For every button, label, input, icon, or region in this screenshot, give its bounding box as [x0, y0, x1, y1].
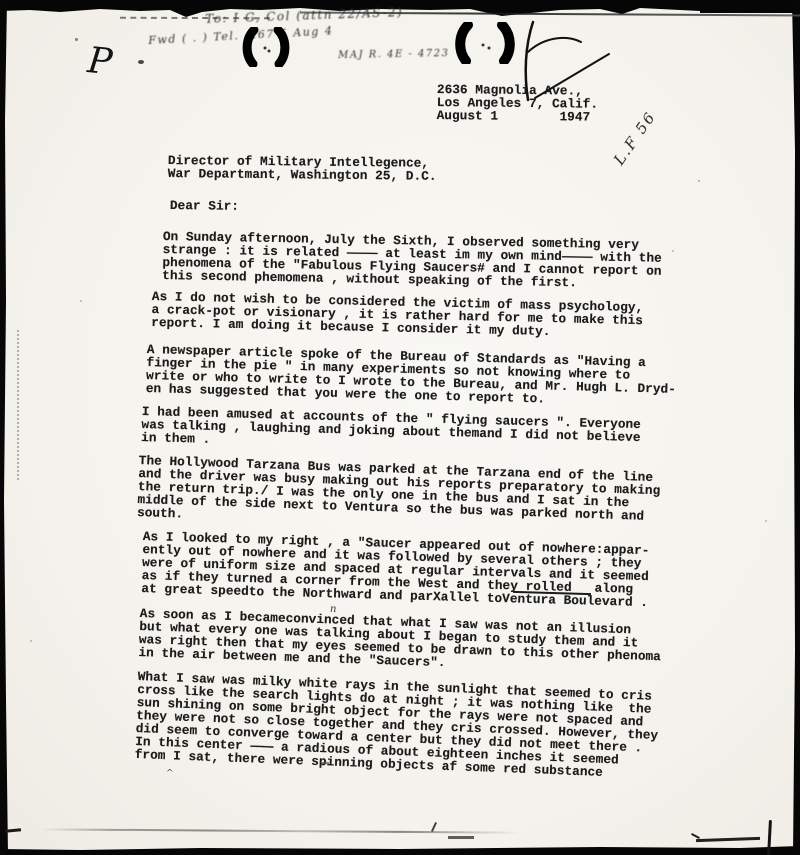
- pen-stroke-horizontal: [696, 837, 760, 842]
- ink-speck: [698, 180, 700, 182]
- pen-stroke-hook: [691, 833, 700, 839]
- document-scan: To: I G, Col (attn 22/AS-2) Fwd ( . ) Te…: [0, 0, 800, 855]
- paragraph-3: A newspaper article spoke of the Bureau …: [146, 343, 677, 409]
- pencil-smudge-dark: [448, 836, 474, 839]
- scan-artifact-dash-left: [5, 828, 21, 832]
- paragraph-2: As I do not wish to be considered the vi…: [151, 290, 643, 340]
- paragraph-7: As soon as I becameconvinced that what I…: [138, 607, 662, 676]
- scan-border-right: [792, 0, 800, 855]
- handwritten-p-mark: P: [86, 40, 114, 83]
- ink-speck: [765, 520, 767, 522]
- handwritten-insert-mark: n: [330, 604, 336, 615]
- paragraph-5: The Hollywood Tarzana Bus was parked at …: [137, 454, 661, 536]
- paragraph-1: On Sunday afternoon, July the Sixth, I o…: [162, 230, 662, 291]
- handwritten-caret-mark: ^: [166, 769, 174, 779]
- sender-address-block: 2636 Magnolia Ave., Los Angeles 7, Calif…: [437, 83, 599, 124]
- ink-speck: [138, 60, 144, 64]
- salutation: Dear Sir:: [170, 199, 239, 213]
- handwritten-file-mark: L.F 56: [610, 108, 660, 168]
- ink-speck: [672, 250, 674, 252]
- ink-speck: [80, 300, 82, 302]
- ink-blot-pair-icon: [240, 27, 292, 67]
- scan-artifact-dash-mid: [322, 762, 329, 764]
- routing-annotation-3: MAJ R. 4E - 4723: [338, 48, 450, 61]
- paragraph-8: What I saw was milky white rays in the s…: [135, 670, 660, 781]
- scan-artifact-dotted-column: [17, 330, 19, 480]
- paragraph-6: As I looked to my right , a "Saucer appe…: [141, 530, 649, 609]
- paragraph-4: I had been amused at accounts of the " f…: [141, 405, 641, 457]
- scan-border-top-right: [700, 0, 800, 13]
- ink-speck: [30, 640, 32, 642]
- ink-speck: [580, 420, 582, 422]
- recipient-address-block: Director of Military Intellegence, War D…: [168, 154, 437, 183]
- scan-border-bottom: [0, 846, 800, 855]
- ink-speck: [75, 38, 78, 41]
- scan-border-left: [0, 0, 8, 855]
- pencil-smudge-line: [40, 828, 520, 833]
